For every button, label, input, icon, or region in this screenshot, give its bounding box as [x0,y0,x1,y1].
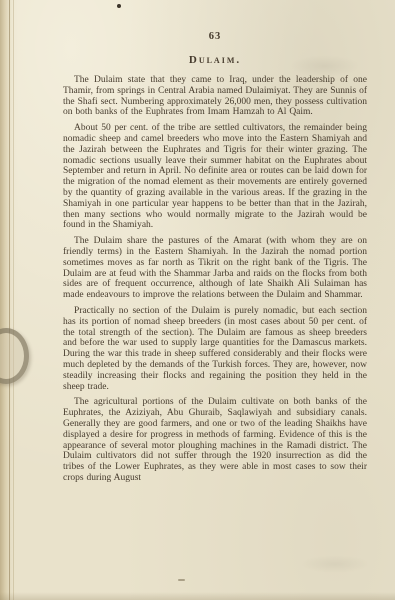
paragraph: The Dulaim share the pastures of the Ama… [63,236,367,301]
paragraph: About 50 per cent. of the tribe are sett… [63,123,367,231]
paragraph: The agricultural portions of the Dulaim … [63,397,367,483]
binder-ring-icon [0,328,29,384]
paragraph: Practically no section of the Dulaim is … [63,306,367,392]
page-number: 63 [63,31,367,42]
page-bottom-shadow [0,592,395,600]
ink-dash [178,579,185,581]
binding-rule-line-faint [13,0,14,600]
bleed-through-smudge [300,555,370,573]
binding-rule-line [9,0,10,600]
section-heading: Dulaim. [63,54,367,66]
ink-speck [117,4,121,8]
paragraph: The Dulaim state that they came to Iraq,… [63,75,367,118]
scanned-book-page: 63 Dulaim. The Dulaim state that they ca… [0,0,395,600]
body-text: The Dulaim state that they came to Iraq,… [63,75,367,489]
